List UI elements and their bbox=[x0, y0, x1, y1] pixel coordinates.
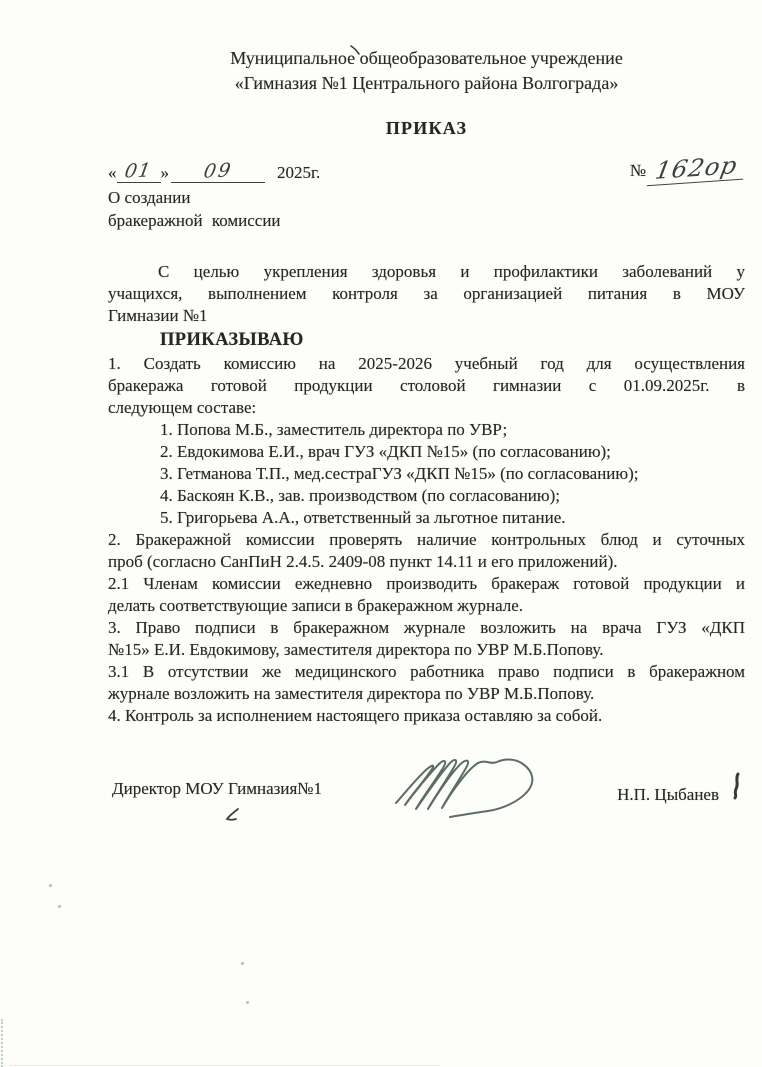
subject-line2: бракеражной комиссии bbox=[108, 209, 745, 232]
order-item-3-1: 3.1 В отсутствии же медицинского работни… bbox=[108, 661, 745, 705]
item2-line: проб (согласно СанПиН 2.4.5. 2409-08 пун… bbox=[108, 551, 745, 573]
intro-paragraph: С целью укрепления здоровья и профилакти… bbox=[108, 261, 745, 327]
item2-line: 2. Бракеражной комиссии проверять наличи… bbox=[108, 529, 745, 551]
signature-scribble-icon bbox=[390, 751, 558, 827]
item3-1-line: 3.1 В отсутствии же медицинского работни… bbox=[108, 661, 745, 683]
org-name-line1: Муниципальное общеобразовательное учрежд… bbox=[108, 46, 745, 71]
member-row: 5. Григорьева А.А., ответственный за льг… bbox=[160, 507, 745, 529]
document-header: Муниципальное общеобразовательное учрежд… bbox=[108, 0, 745, 96]
scan-speck bbox=[49, 884, 52, 887]
scanned-order-document: Муниципальное общеобразовательное учрежд… bbox=[0, 0, 762, 1067]
member-row: 3. Гетманова Т.П., мед.сестраГУЗ «ДКП №1… bbox=[160, 463, 745, 485]
subject-line1: О создании bbox=[108, 186, 745, 209]
member-row: 2. Евдокимова Е.И., врач ГУЗ «ДКП №15» (… bbox=[160, 441, 745, 463]
handwritten-day: 01 bbox=[124, 159, 154, 182]
director-title: Директор МОУ Гимназия№1 bbox=[112, 779, 322, 799]
scan-speck bbox=[58, 905, 61, 908]
intro-line: Гимназии №1 bbox=[108, 305, 745, 327]
item1-line: 1. Создать комиссию на 2025-2026 учебный… bbox=[108, 353, 745, 375]
item2-1-line: делать соответствующие записи в бракераж… bbox=[108, 595, 745, 617]
order-item-3: 3. Право подписи в бракеражном журнале в… bbox=[108, 617, 745, 661]
document-content: Муниципальное общеобразовательное учрежд… bbox=[108, 0, 745, 859]
item2-1-line: 2.1 Членам комиссии ежедневно производит… bbox=[108, 573, 745, 595]
signature-row: Директор МОУ Гимназия№1 Н.П. Цыбанев bbox=[108, 769, 745, 859]
date-number-row: «01»092025г. № 162ор bbox=[108, 154, 745, 183]
date-field: «01»092025г. bbox=[108, 160, 320, 183]
intro-line: С целью укрепления здоровья и профилакти… bbox=[108, 261, 745, 283]
org-name-line2: «Гимназия №1 Центрального района Волгогр… bbox=[108, 71, 745, 96]
commission-members-list: 1. Попова М.Б., заместитель директора по… bbox=[160, 419, 745, 529]
item1-line: бракеража готовой продукции столовой гим… bbox=[108, 375, 745, 397]
prikaz-word: ПРИКАЗЫВАЮ bbox=[160, 328, 745, 352]
director-name: Н.П. Цыбанев bbox=[617, 785, 719, 805]
handwritten-month: 09 bbox=[202, 159, 234, 182]
doc-title: ПРИКАЗ bbox=[108, 118, 745, 139]
date-month-blank: 09 bbox=[171, 160, 265, 183]
order-number-field: № 162ор bbox=[630, 154, 745, 183]
item1-line: следующем составе: bbox=[108, 397, 745, 419]
scan-edge-artifact bbox=[10, 1065, 440, 1066]
scan-edge-artifact bbox=[1, 1019, 3, 1067]
order-body: С целью укрепления здоровья и профилакти… bbox=[108, 261, 745, 727]
scan-speck bbox=[241, 962, 244, 965]
item3-1-line: журнале возложить на заместителя директо… bbox=[108, 683, 745, 705]
date-close-quote: » bbox=[161, 163, 170, 182]
item3-line: 3. Право подписи в бракеражном журнале в… bbox=[108, 617, 745, 639]
order-item-2-1: 2.1 Членам комиссии ежедневно производит… bbox=[108, 573, 745, 617]
scan-speck bbox=[246, 1001, 249, 1004]
order-item-2: 2. Бракеражной комиссии проверять наличи… bbox=[108, 529, 745, 573]
member-row: 4. Баскоян К.В., зав. производством (по … bbox=[160, 485, 745, 507]
member-row: 1. Попова М.Б., заместитель директора по… bbox=[160, 419, 745, 441]
date-open-quote: « bbox=[108, 163, 117, 182]
intro-line: учащихся, выполнением контроля за органи… bbox=[108, 283, 745, 305]
order-item-4: 4. Контроль за исполнением настоящего пр… bbox=[108, 705, 745, 727]
subject-block: О создании бракеражной комиссии bbox=[108, 186, 745, 232]
number-sign: № bbox=[630, 161, 646, 180]
order-item-1: 1. Создать комиссию на 2025-2026 учебный… bbox=[108, 353, 745, 419]
handwritten-order-number: 162ор bbox=[647, 151, 748, 187]
date-day-blank: 01 bbox=[117, 160, 161, 183]
item3-line: №15» Е.И. Евдокимову, заместителя директ… bbox=[108, 639, 745, 661]
year-label: 2025г. bbox=[277, 163, 320, 182]
